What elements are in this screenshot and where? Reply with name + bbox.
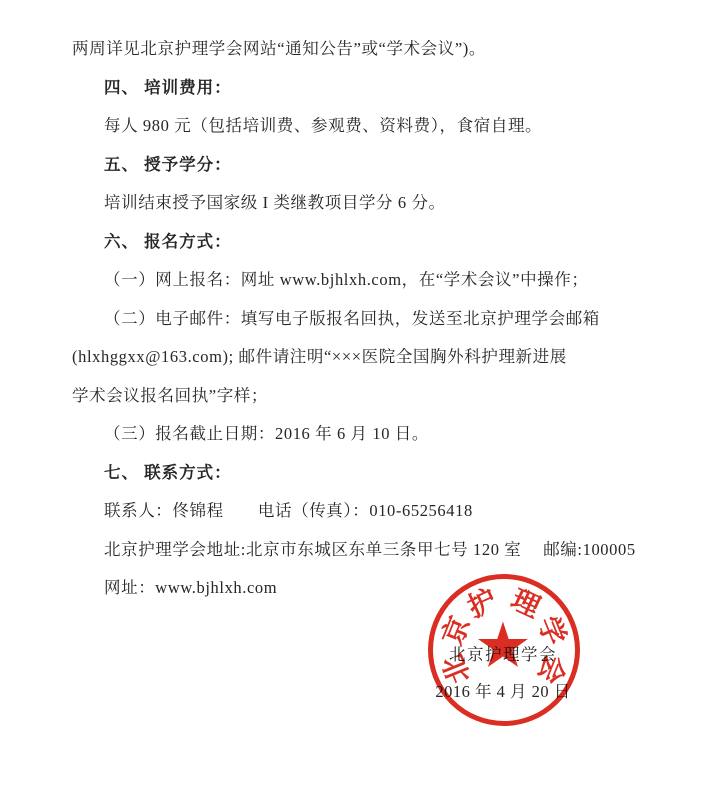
- document-line: 五、 授予学分：: [0, 146, 718, 185]
- document-line: 北京护理学会地址:北京市东城区东单三条甲七号 120 室 邮编:100005: [0, 531, 718, 570]
- document-line: (hlxhggxx@163.com); 邮件请注明“×××医院全国胸外科护理新进…: [0, 338, 718, 377]
- document-page: 两周详见北京护理学会网站“通知公告”或“学术会议”)。四、 培训费用：每人 98…: [0, 0, 718, 800]
- document-line: 联系人：佟锦程 电话（传真）：010-65256418: [0, 492, 718, 531]
- document-line: （三）报名截止日期：2016 年 6 月 10 日。: [0, 415, 718, 454]
- document-line: 七、 联系方式：: [0, 454, 718, 493]
- document-line: 网址：www.bjhlxh.com: [0, 569, 718, 608]
- document-line: 培训结束授予国家级 I 类继教项目学分 6 分。: [0, 184, 718, 223]
- document-line: 六、 报名方式：: [0, 223, 718, 262]
- document-line: （二）电子邮件：填写电子版报名回执，发送至北京护理学会邮箱: [0, 300, 718, 339]
- signature-date: 2016 年 4 月 20 日: [372, 682, 634, 702]
- document-body: 两周详见北京护理学会网站“通知公告”或“学术会议”)。四、 培训费用：每人 98…: [0, 0, 718, 608]
- signature-block: 北京护理学会 2016 年 4 月 20 日: [372, 645, 634, 702]
- document-line: 学术会议报名回执”字样；: [0, 377, 718, 416]
- document-line: （一）网上报名：网址 www.bjhlxh.com，在“学术会议”中操作；: [0, 261, 718, 300]
- document-line: 每人 980 元（包括培训费、参观费、资料费），食宿自理。: [0, 107, 718, 146]
- document-line: 四、 培训费用：: [0, 69, 718, 108]
- document-line: 两周详见北京护理学会网站“通知公告”或“学术会议”)。: [0, 30, 718, 69]
- signature-org: 北京护理学会: [372, 645, 634, 665]
